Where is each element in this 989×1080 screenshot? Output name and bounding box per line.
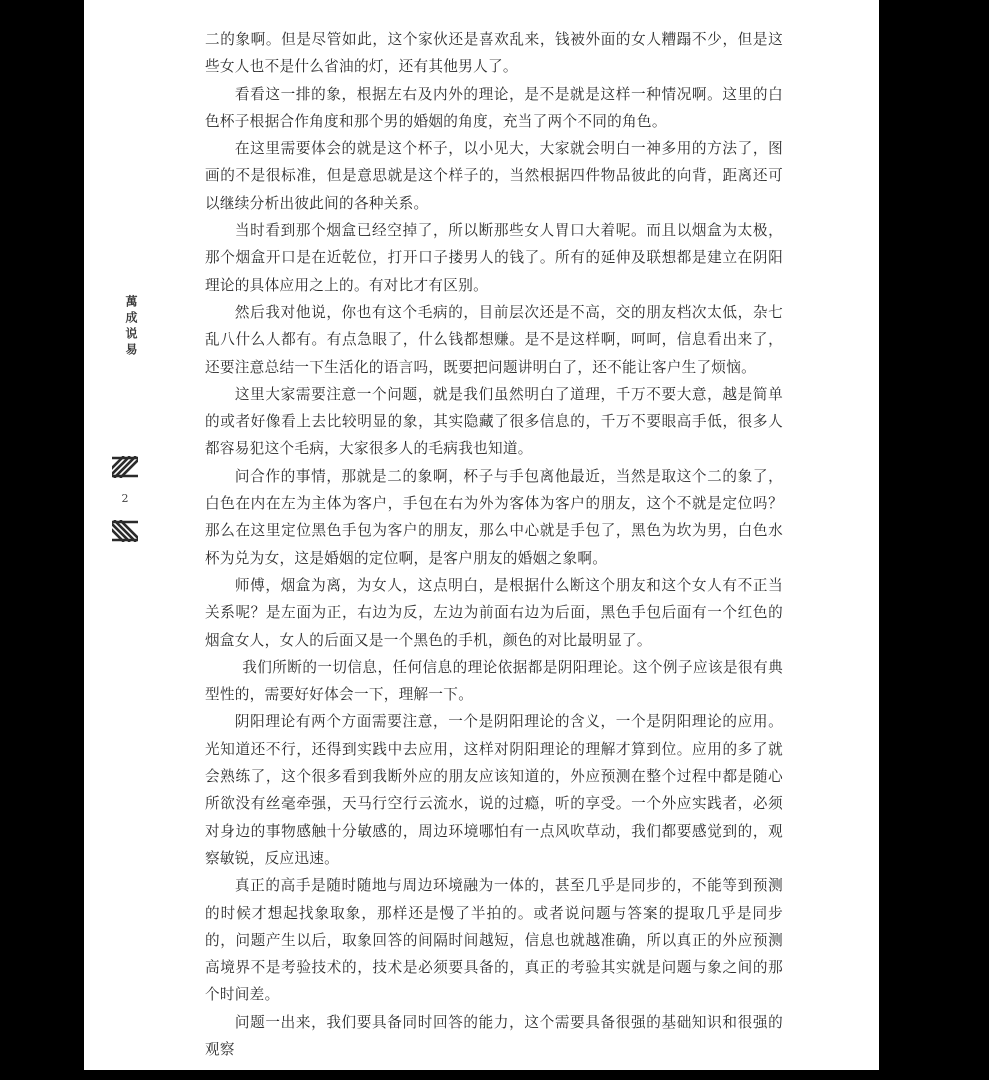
paragraph: 二的象啊。但是尽管如此，这个家伙还是喜欢乱来，钱被外面的女人糟蹋不少，但是这些女… [205,26,783,81]
body-text: 二的象啊。但是尽管如此，这个家伙还是喜欢乱来，钱被外面的女人糟蹋不少，但是这些女… [205,26,783,1063]
paragraph: 真正的高手是随时随地与周边环境融为一体的，甚至几乎是同步的，不能等到预测的时候才… [205,872,783,1008]
paragraph: 问合作的事情，那就是二的象啊，杯子与手包离他最近，当然是取这个二的象了，白色在内… [205,463,783,572]
diagonal-stripes-right-icon [112,456,138,478]
page-number: 2 [112,492,138,505]
paragraph: 师傅，烟盒为离，为女人，这点明白，是根据什么断这个朋友和这个女人有不正当关系呢？… [205,572,783,654]
paragraph: 阴阳理论有两个方面需要注意，一个是阴阳理论的含义，一个是阴阳理论的应用。光知道还… [205,708,783,872]
paragraph: 看看这一排的象，根据左右及内外的理论，是不是就是这样一种情况啊。这里的白色杯子根… [205,81,783,136]
paragraph: 这里大家需要注意一个问题，就是我们虽然明白了道理，千万不要大意，越是简单的或者好… [205,381,783,463]
document-page: 萬成说易 2 二的象啊。但是尽管如此，这个家伙还是喜欢乱来，钱被外面的女人 [84,0,879,1070]
paragraph: 我们所断的一切信息，任何信息的理论依据都是阴阳理论。这个例子应该是很有典型性的，… [205,654,783,709]
paragraph: 问题一出来，我们要具备同时回答的能力，这个需要具备很强的基础知识和很强的观察 [205,1009,783,1064]
paragraph: 然后我对他说，你也有这个毛病的，目前层次还是不高，交的朋友档次太低，杂七乱八什么… [205,299,783,381]
paragraph: 当时看到那个烟盒已经空掉了，所以断那些女人胃口大着呢。而且以烟盒为太极，那个烟盒… [205,217,783,299]
paragraph: 在这里需要体会的就是这个杯子，以小见大，大家就会明白一神多用的方法了，图画的不是… [205,135,783,217]
diagonal-stripes-left-icon [112,520,138,542]
running-title: 萬成说易 [121,295,139,359]
